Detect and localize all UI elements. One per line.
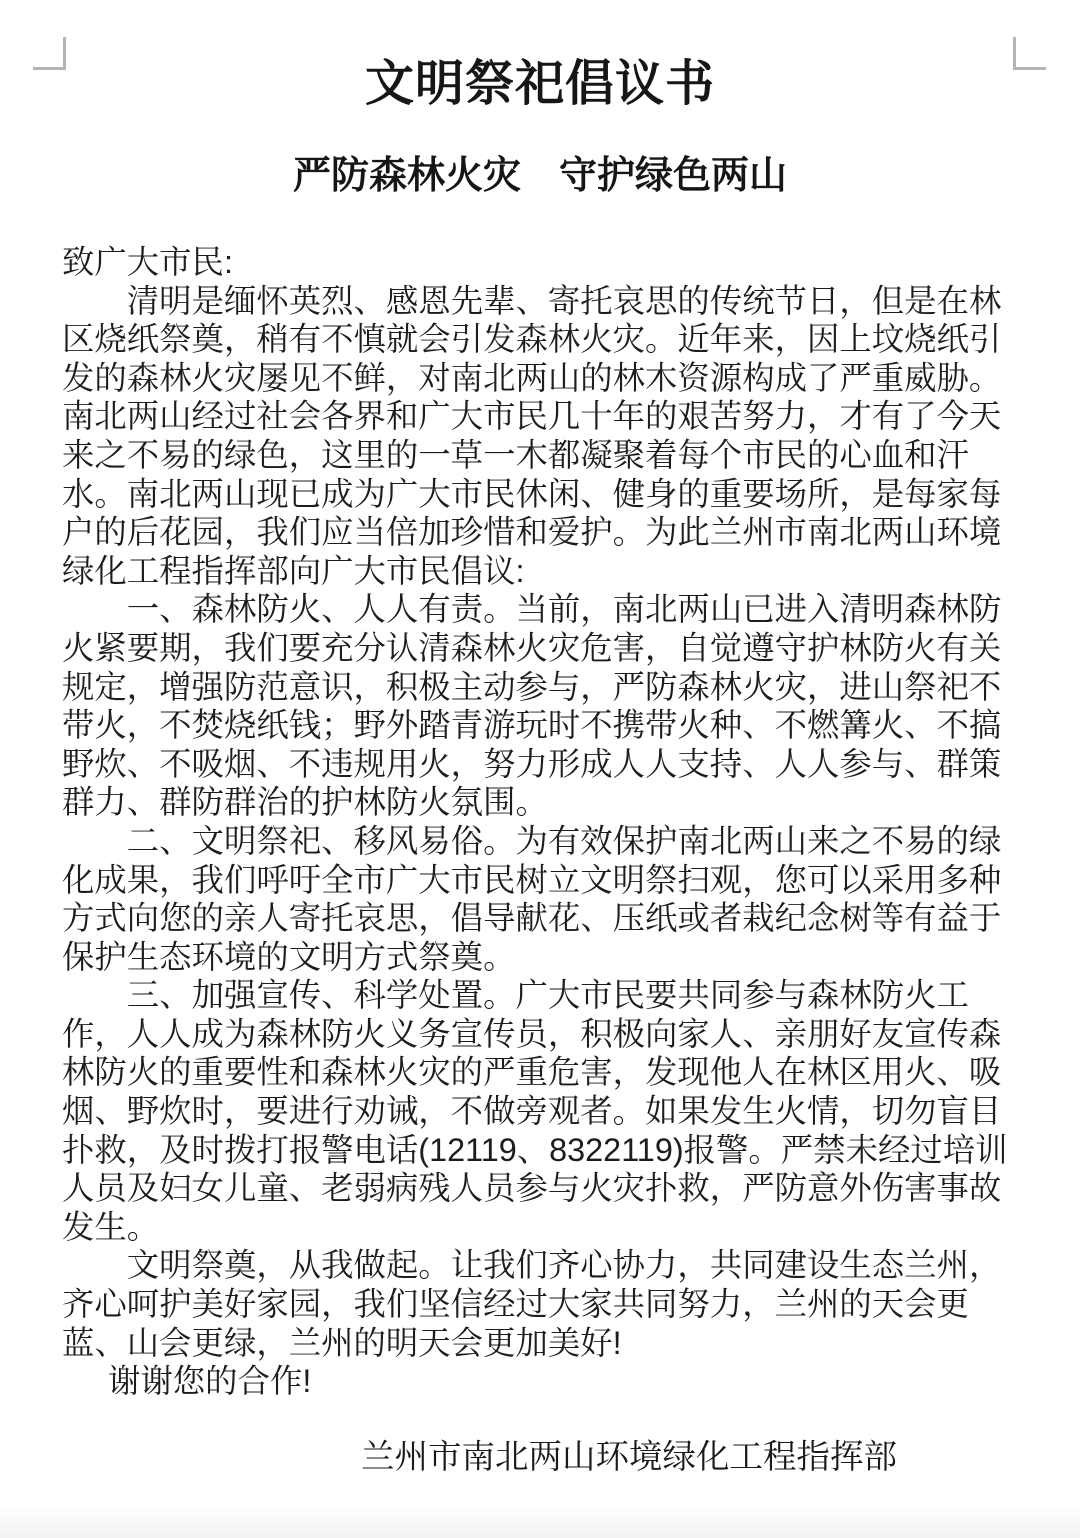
body-line: 水。南北两山现已成为广大市民休闲、健身的重要场所，是每家每 <box>62 475 1014 514</box>
document-title: 文明祭祀倡议书 <box>0 0 1080 112</box>
scan-corner-mark-top-right-icon <box>1013 37 1046 70</box>
body-line: 绿化工程指挥部向广大市民倡议: <box>62 552 1014 591</box>
body-line: 作，人人成为森林防火义务宣传员，积极向家人、亲朋好友宣传森 <box>62 1015 1014 1054</box>
body-line: 发生。 <box>62 1208 1014 1247</box>
body-line: 带火，不焚烧纸钱；野外踏青游玩时不携带火种、不燃篝火、不搞 <box>62 706 1014 745</box>
body-line: 齐心呵护美好家园，我们坚信经过大家共同努力，兰州的天会更 <box>62 1285 1014 1324</box>
body-line: 群力、群防群治的护林防火氛围。 <box>62 783 1014 822</box>
salutation-line: 致广大市民: <box>62 243 1014 282</box>
body-line: 烟、野炊时，要进行劝诫，不做旁观者。如果发生火情，切勿盲目 <box>62 1092 1014 1131</box>
body-line: 来之不易的绿色，这里的一草一木都凝聚着每个市民的心血和汗 <box>62 436 1014 475</box>
body-line: 化成果，我们呼吁全市广大市民树立文明祭扫观，您可以采用多种 <box>62 861 1014 900</box>
thanks-line: 谢谢您的合作! <box>62 1362 1014 1401</box>
body-line: 扑救，及时拨打报警电话(12119、8322119)报警。严禁未经过培训 <box>62 1131 1014 1170</box>
body-line: 发的森林火灾屡见不鲜，对南北两山的林木资源构成了严重威胁。 <box>62 359 1014 398</box>
document-subtitle: 严防森林火灾 守护绿色两山 <box>0 155 1080 198</box>
body-line: 规定，增强防范意识，积极主动参与，严防森林火灾，进山祭祀不 <box>62 668 1014 707</box>
body-line: 户的后花园，我们应当倍加珍惜和爱护。为此兰州市南北两山环境 <box>62 513 1014 552</box>
signature: 兰州市南北两山环境绿化工程指挥部 <box>62 1439 1014 1478</box>
body-line: 人员及妇女儿童、老弱病残人员参与火灾扑救，严防意外伤害事故 <box>62 1169 1014 1208</box>
body-line-item-2: 二、文明祭祀、移风易俗。为有效保护南北两山来之不易的绿 <box>62 822 1014 861</box>
document-body: 致广大市民: 清明是缅怀英烈、感恩先辈、寄托哀思的传统节日，但是在林 区烧纸祭奠… <box>62 243 1014 1477</box>
body-line: 蓝、山会更绿，兰州的明天会更加美好! <box>62 1324 1014 1363</box>
body-line: 火紧要期，我们要充分认清森林火灾危害，自觉遵守护林防火有关 <box>62 629 1014 668</box>
body-line: 区烧纸祭奠，稍有不慎就会引发森林火灾。近年来，因上坟烧纸引 <box>62 320 1014 359</box>
body-line: 野炊、不吸烟、不违规用火，努力形成人人支持、人人参与、群策 <box>62 745 1014 784</box>
body-line: 清明是缅怀英烈、感恩先辈、寄托哀思的传统节日，但是在林 <box>62 282 1014 321</box>
body-line-item-3: 三、加强宣传、科学处置。广大市民要共同参与森林防火工 <box>62 976 1014 1015</box>
body-line: 文明祭奠，从我做起。让我们齐心协力，共同建设生态兰州， <box>62 1246 1014 1285</box>
body-line: 方式向您的亲人寄托哀思，倡导献花、压纸或者栽纪念树等有益于 <box>62 899 1014 938</box>
body-line: 保护生态环境的文明方式祭奠。 <box>62 938 1014 977</box>
body-line: 南北两山经过社会各界和广大市民几十年的艰苦努力，才有了今天 <box>62 397 1014 436</box>
scanned-document-page: 文明祭祀倡议书 严防森林火灾 守护绿色两山 致广大市民: 清明是缅怀英烈、感恩先… <box>0 0 1080 1538</box>
scan-corner-mark-top-left-icon <box>33 37 66 70</box>
body-line: 林防火的重要性和森林火灾的严重危害，发现他人在林区用火、吸 <box>62 1053 1014 1092</box>
body-line-item-1: 一、森林防火、人人有责。当前，南北两山已进入清明森林防 <box>62 590 1014 629</box>
